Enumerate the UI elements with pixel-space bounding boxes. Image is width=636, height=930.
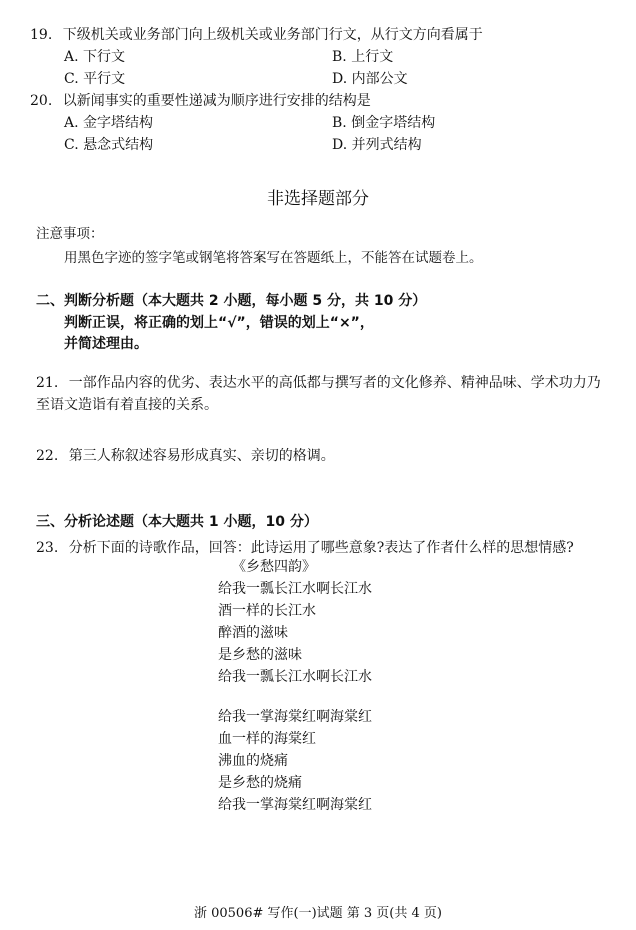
part2-instruction-2: 并简述理由。 [64,333,148,353]
question-number: 19. [30,27,52,43]
question-number: 20. [30,93,52,109]
option-20-a: A. 金字塔结构 [64,112,153,132]
option-19-c: C. 平行文 [64,68,125,88]
poem-line: 是乡愁的滋味 [218,644,372,666]
question-text: 一部作品内容的优劣、表达水平的高低都与撰写者的文化修养、精神品味、学术功力乃 [69,375,601,391]
question-text: 下级机关或业务部门向上级机关或业务部门行文，从行文方向看属于 [63,27,483,43]
part3-heading: 三、分析论述题（本大题共 1 小题，10 分） [36,511,318,531]
section-title: 非选择题部分 [0,184,636,209]
part2-instruction-1: 判断正误，将正确的划上“√”，错误的划上“×”， [64,312,374,332]
poem-line: 沸血的烧痛 [218,750,372,772]
question-21-continued: 至语文造诣有着直接的关系。 [36,394,218,414]
question-number: 22. [36,448,58,464]
question-20: 20. 以新闻事实的重要性递减为顺序进行安排的结构是 [30,90,371,110]
poem-stanza-1: 给我一瓢长江水啊长江水 酒一样的长江水 醉酒的滋味 是乡愁的滋味 给我一瓢长江水… [218,578,372,688]
question-number: 21. [36,375,58,391]
poem-line: 醉酒的滋味 [218,622,372,644]
option-20-b: B. 倒金字塔结构 [332,112,435,132]
question-text: 第三人称叙述容易形成真实、亲切的格调。 [69,448,335,464]
option-19-b: B. 上行文 [332,46,393,66]
poem-line: 给我一掌海棠红啊海棠红 [218,706,372,728]
option-20-d: D. 并列式结构 [332,134,422,154]
poem-line: 给我一瓢长江水啊长江水 [218,666,372,688]
question-number: 23. [36,540,58,556]
poem-stanza-2: 给我一掌海棠红啊海棠红 血一样的海棠红 沸血的烧痛 是乡愁的烧痛 给我一掌海棠红… [218,706,372,816]
poem-line: 给我一掌海棠红啊海棠红 [218,794,372,816]
question-21: 21. 一部作品内容的优劣、表达水平的高低都与撰写者的文化修养、精神品味、学术功… [36,372,601,392]
page-footer: 浙 00506# 写作(一)试题 第 3 页(共 4 页) [0,902,636,921]
question-text: 分析下面的诗歌作品，回答：此诗运用了哪些意象?表达了作者什么样的思想情感? [69,540,574,556]
option-20-c: C. 悬念式结构 [64,134,153,154]
question-text: 以新闻事实的重要性递减为顺序进行安排的结构是 [63,93,371,109]
notice-text: 用黑色字迹的签字笔或钢笔将答案写在答题纸上，不能答在试题卷上。 [64,246,483,266]
question-23: 23. 分析下面的诗歌作品，回答：此诗运用了哪些意象?表达了作者什么样的思想情感… [36,537,574,557]
poem-line: 是乡愁的烧痛 [218,772,372,794]
option-19-d: D. 内部公文 [332,68,408,88]
poem-line: 酒一样的长江水 [218,600,372,622]
part2-heading: 二、判断分析题（本大题共 2 小题，每小题 5 分，共 10 分） [36,290,426,310]
question-19: 19. 下级机关或业务部门向上级机关或业务部门行文，从行文方向看属于 [30,24,483,44]
option-19-a: A. 下行文 [64,46,125,66]
question-22: 22. 第三人称叙述容易形成真实、亲切的格调。 [36,445,335,465]
poem-line: 血一样的海棠红 [218,728,372,750]
poem-title: 《乡愁四韵》 [232,556,316,578]
poem-line: 给我一瓢长江水啊长江水 [218,578,372,600]
notice-heading: 注意事项： [36,222,104,242]
